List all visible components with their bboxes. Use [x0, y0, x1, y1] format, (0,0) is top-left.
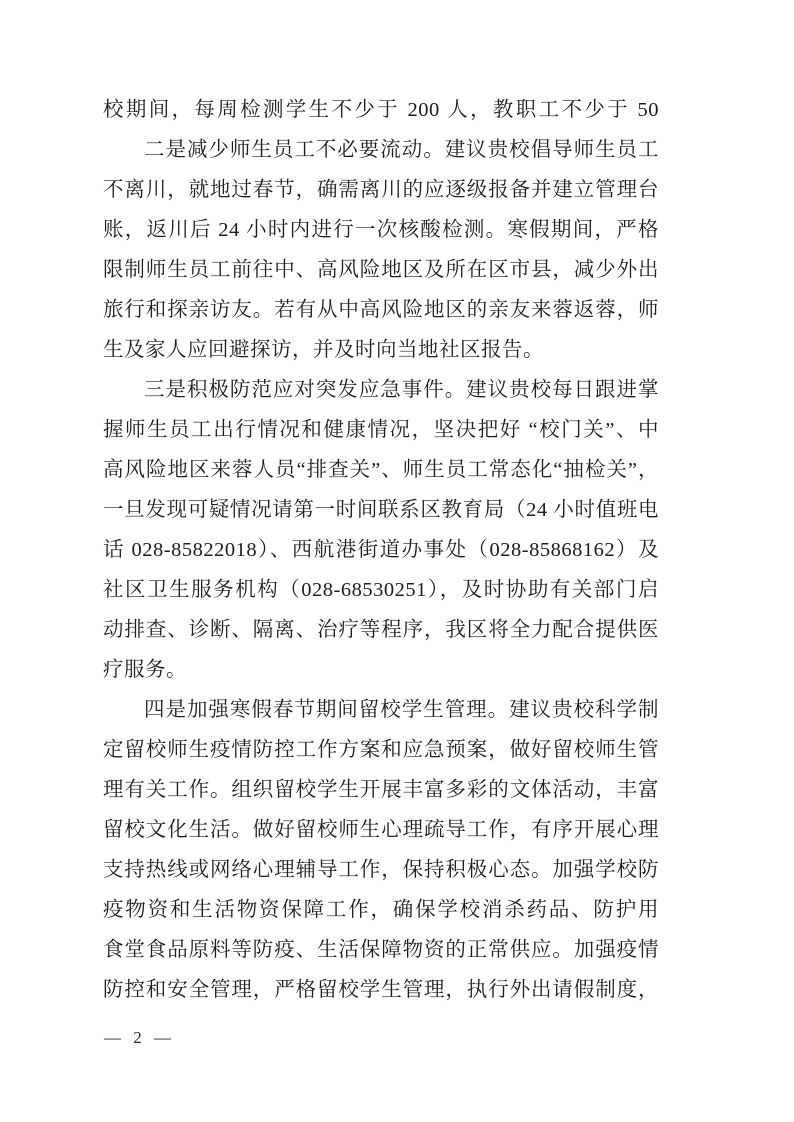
page-number: — 2 —: [104, 1024, 175, 1052]
text-line: 不离川，就地过春节，确需离川的应逐级报备并建立管理台: [103, 170, 659, 210]
text-line: 防控和安全管理，严格留校学生管理，执行外出请假制度，: [103, 970, 659, 1010]
text-line: 旅行和探亲访友。若有从中高风险地区的亲友来蓉返蓉，师: [103, 290, 659, 330]
text-line: 高风险地区来蓉人员“排查关”、师生员工常态化“抽检关”，: [103, 450, 659, 490]
text-line: 校期间，每周检测学生不少于 200 人，教职工不少于 50 人。: [103, 90, 659, 130]
text-line: 账，返川后 24 小时内进行一次核酸检测。寒假期间，严格: [103, 210, 659, 250]
paragraph-end-line: 疗服务。: [103, 650, 659, 690]
paragraph-start-line: 四是加强寒假春节期间留校学生管理。建议贵校科学制: [103, 690, 659, 730]
text-line: 社区卫生服务机构（028-68530251），及时协助有关部门启: [103, 570, 659, 610]
text-line: 疫物资和生活物资保障工作，确保学校消杀药品、防护用品、: [103, 890, 659, 930]
paragraph-end-line: 生及家人应回避探访，并及时向当地社区报告。: [103, 330, 659, 370]
text-line: 话 028-85822018）、西航港街道办事处（028-85868162）及: [103, 530, 659, 570]
text-line: 限制师生员工前往中、高风险地区及所在区市县，减少外出: [103, 250, 659, 290]
text-line: 食堂食品原料等防疫、生活保障物资的正常供应。加强疫情: [103, 930, 659, 970]
document-body: 校期间，每周检测学生不少于 200 人，教职工不少于 50 人。 二是减少师生员…: [103, 90, 659, 1010]
text-line: 握师生员工出行情况和健康情况，坚决把好 “校门关”、中: [103, 410, 659, 450]
paragraph-start-line: 二是减少师生员工不必要流动。建议贵校倡导师生员工: [103, 130, 659, 170]
text-line: 支持热线或网络心理辅导工作，保持积极心态。加强学校防: [103, 850, 659, 890]
paragraph-start-line: 三是积极防范应对突发应急事件。建议贵校每日跟进掌: [103, 370, 659, 410]
text-line: 理有关工作。组织留校学生开展丰富多彩的文体活动，丰富: [103, 770, 659, 810]
text-line: 一旦发现可疑情况请第一时间联系区教育局（24 小时值班电: [103, 490, 659, 530]
document-page: 校期间，每周检测学生不少于 200 人，教职工不少于 50 人。 二是减少师生员…: [0, 0, 794, 1122]
text-line: 留校文化生活。做好留校师生心理疏导工作，有序开展心理: [103, 810, 659, 850]
text-line: 定留校师生疫情防控工作方案和应急预案，做好留校师生管: [103, 730, 659, 770]
text-line: 动排查、诊断、隔离、治疗等程序，我区将全力配合提供医: [103, 610, 659, 650]
